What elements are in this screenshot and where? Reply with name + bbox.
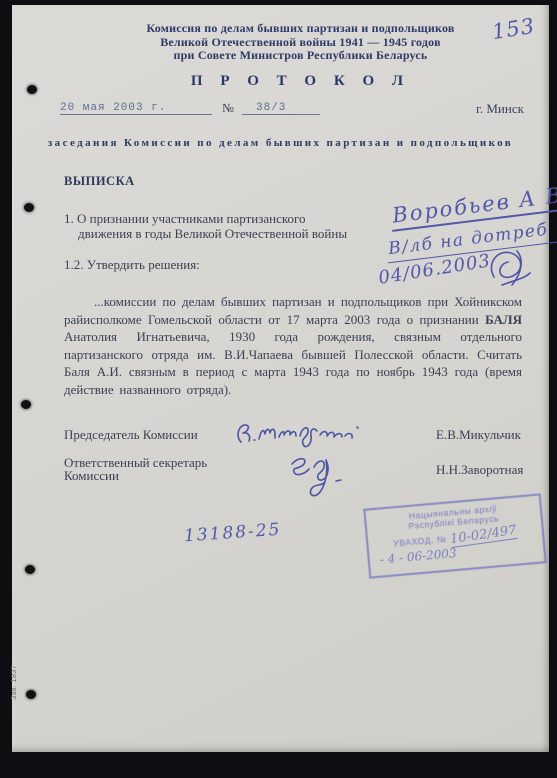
protocol-date: 20 мая 2003 г.: [60, 102, 212, 115]
punch-hole: [24, 203, 34, 212]
punch-hole: [26, 690, 36, 699]
decision-text-before: ...комиссии по делам бывших партизан и п…: [64, 294, 522, 327]
decision-surname: БАЛЯ: [485, 312, 522, 327]
decision-paragraph: ...комиссии по делам бывших партизан и п…: [64, 293, 522, 399]
extract-label: ВЫПИСКА: [64, 174, 135, 189]
secretary-label-line2: Комиссии: [64, 468, 119, 484]
org-header-line3: при Совете Министров Республики Беларусь: [52, 49, 549, 63]
punch-hole: [21, 400, 31, 409]
agenda-item-1-line1: 1. О признании участниками партизанского: [64, 211, 306, 227]
number-sign: №: [222, 101, 234, 116]
subject-line: заседания Комиссии по делам бывших парти…: [32, 137, 529, 149]
org-header-line1: Комиссия по делам бывших партизан и подп…: [52, 22, 549, 36]
agenda-item-1-2: 1.2. Утвердить решения:: [64, 257, 200, 273]
stamp-entry-label: УВАХОД. №: [393, 534, 447, 549]
secretary-signature: [280, 451, 354, 505]
agenda-item-1-line2: движения в годы Великой Отечественной во…: [78, 226, 347, 242]
meta-row: 20 мая 2003 г. № 38/3 г. Минск: [12, 102, 549, 122]
org-header-line2: Великой Отечественной войны 1941 — 1945 …: [52, 36, 549, 50]
handwritten-signature-flourish: [484, 243, 534, 293]
scanned-protocol-page: { "document": { "folio_number": "153", "…: [0, 0, 557, 778]
paper-sheet: 153 Комиссия по делам бывших партизан и …: [12, 5, 549, 752]
secretary-name: Н.Н.Заворотная: [436, 462, 523, 478]
print-order-note: Зак. 1837: [11, 665, 18, 700]
chairman-label: Председатель Комиссии: [64, 427, 198, 443]
chairman-name: Е.В.Микульчик: [436, 427, 521, 443]
chairman-signature: [232, 413, 362, 455]
punch-hole: [25, 565, 35, 574]
decision-text-after: Анатолия Игнатьевича, 1930 года рождения…: [64, 329, 522, 397]
document-title: П Р О Т О К О Л: [52, 73, 549, 90]
archive-stamp: Нацыянальны архіў Рэспублікі Беларусь УВ…: [363, 493, 546, 578]
protocol-place: г. Минск: [476, 101, 524, 117]
protocol-number: 38/3: [242, 102, 320, 115]
punch-hole: [27, 85, 37, 94]
case-number: 13188-25: [183, 520, 282, 547]
